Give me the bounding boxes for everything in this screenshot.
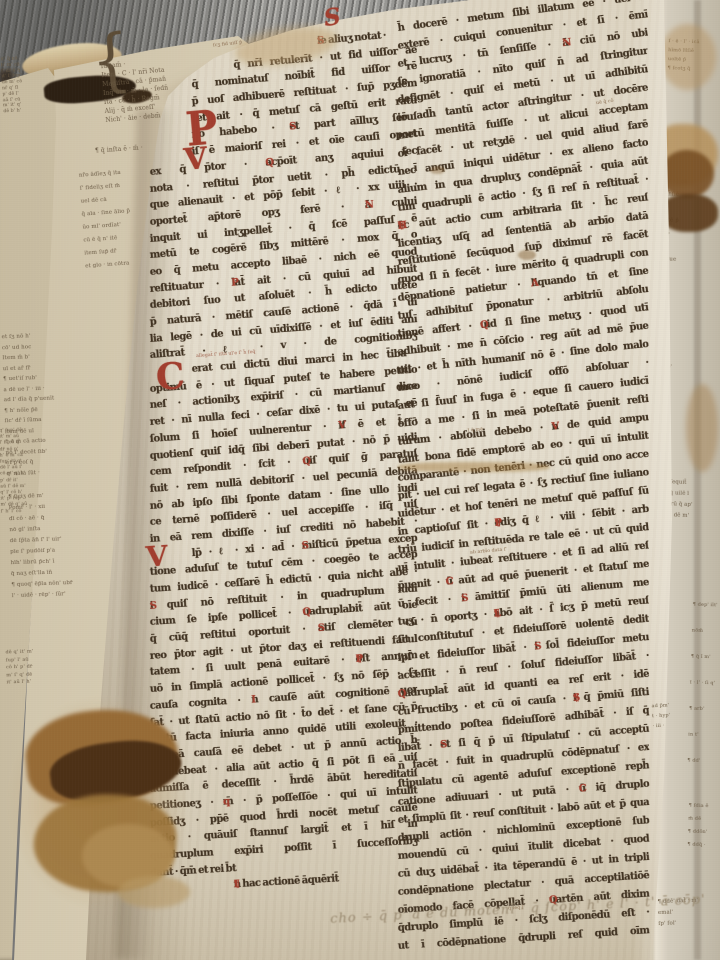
rubric-letter: H (397, 217, 408, 236)
rubric-initial-v: V (183, 141, 209, 178)
rubric-letter: C (445, 573, 454, 592)
rubric-initial-v2: V (145, 539, 169, 573)
rubric-letter: P (494, 514, 503, 533)
rubric-letter: S (149, 598, 157, 615)
rubric-letter: V (338, 418, 346, 435)
rubric-letter: S (289, 120, 297, 137)
rubric-letter: L (493, 605, 501, 623)
rubric-letter: N (364, 197, 374, 214)
rubric-letter: P (355, 652, 363, 669)
rubric-letter: S (301, 538, 309, 555)
rubric-letter: Q (302, 605, 311, 622)
rubric-letter: S (440, 736, 448, 754)
rubric-letter: V (551, 418, 560, 437)
rubric-letter: Q (302, 454, 311, 471)
rubric-letter: ¶ (648, 647, 649, 665)
rubric-letter: Q (479, 316, 489, 335)
rubric-letter: N (561, 34, 572, 53)
manuscript-photo: { Iuſtam̄ ·Item · C · l' nr̄i NotaMagiſt… (0, 0, 720, 960)
rubric-initial-flourish: S (322, 3, 342, 32)
rubric-letter: S (317, 33, 325, 50)
rubric-letter: P (231, 275, 239, 292)
rubric-letter: Q (397, 685, 407, 704)
rubric-initial-c: C (155, 355, 187, 399)
text-column-right: uēriū iſ q̄h̄ docerē · metum ſibi illatu… (398, 2, 650, 956)
rubric-letter: Q (265, 155, 274, 172)
rubric-letter: A (530, 275, 539, 294)
rubric-letter: C (578, 780, 587, 798)
rubric-letter: S (317, 621, 325, 638)
rubric-letter: S (534, 638, 542, 656)
rubric-letter: S (461, 590, 469, 609)
rubric-letter: S (572, 690, 580, 708)
rubric-letter: I (233, 877, 238, 894)
rubric-letter: q (223, 794, 230, 811)
rubric-letter: I (251, 692, 256, 709)
page-content: Sie aliuʒ notat ·q̄ nr̄i retulerīt · ut … (0, 0, 720, 960)
